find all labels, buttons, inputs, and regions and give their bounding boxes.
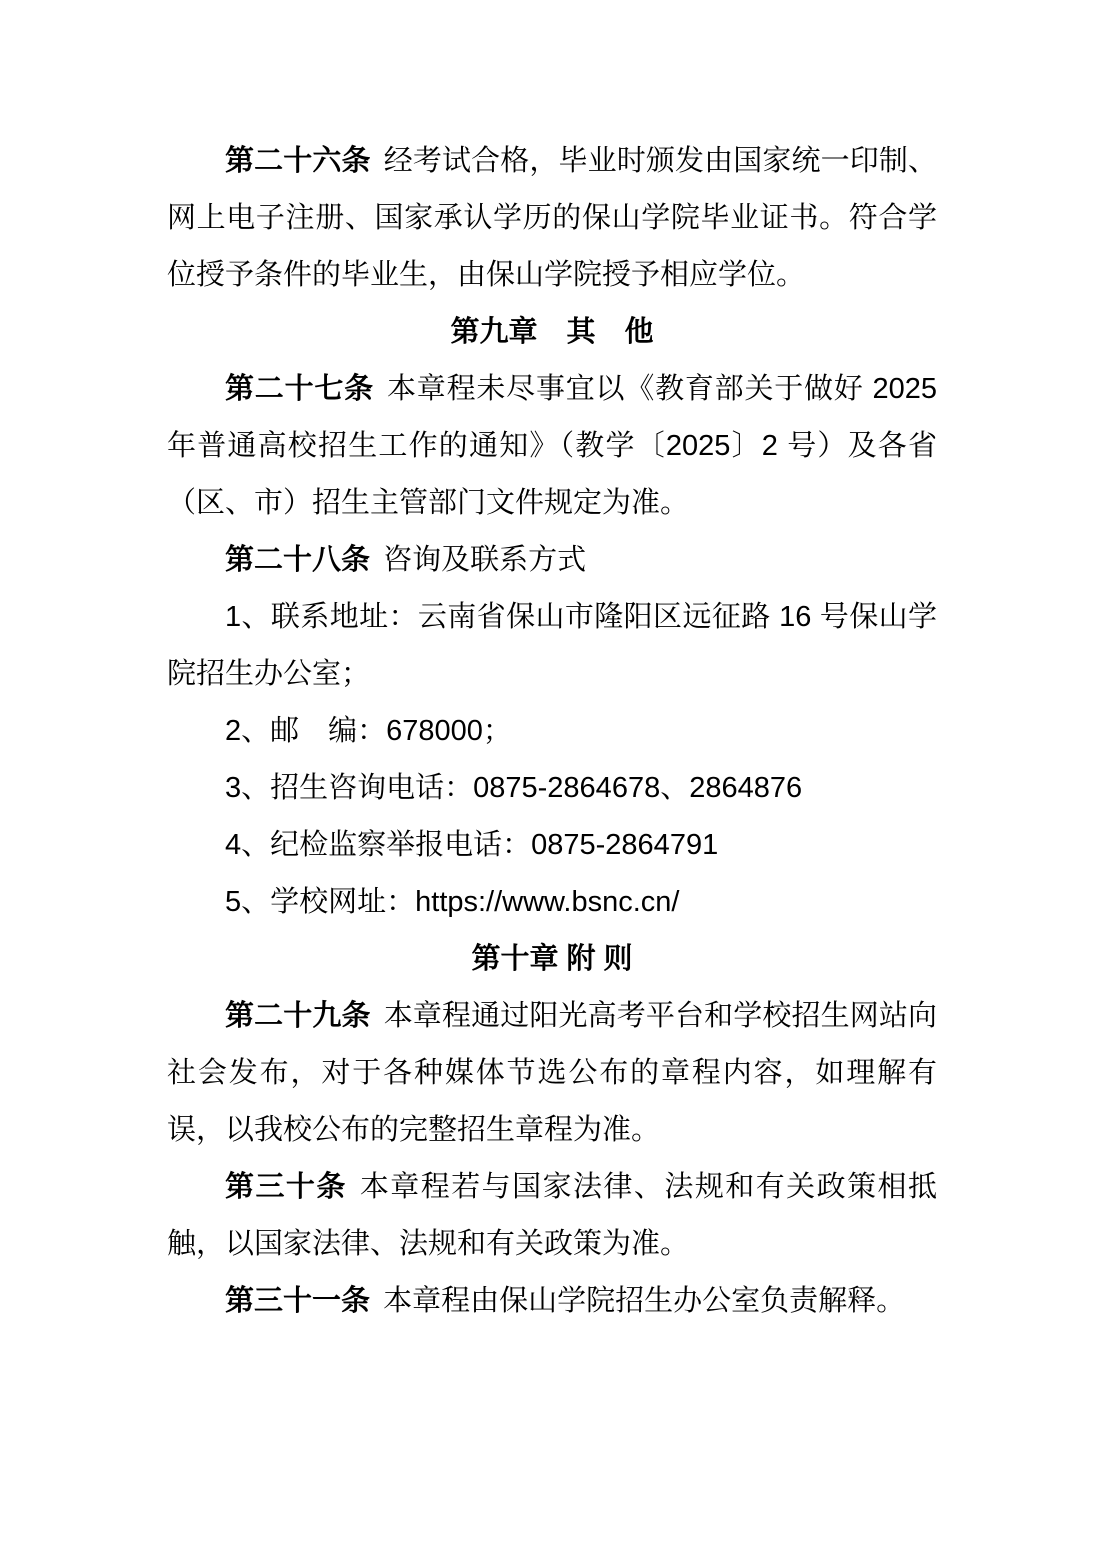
contact-admission-phone-text: 3、招生咨询电话：0875-2864678、2864876 xyxy=(225,772,802,804)
article-28-paragraph: 第二十八条咨询及联系方式 xyxy=(167,532,937,589)
article-27-paragraph: 第二十七条本章程未尽事宜以《教育部关于做好 2025 年普通高校招生工作的通知》… xyxy=(167,361,937,532)
document-page: 第二十六条经考试合格，毕业时颁发由国家统一印制、网上电子注册、国家承认学历的保山… xyxy=(0,0,1102,1559)
article-28-text: 咨询及联系方式 xyxy=(383,544,586,576)
article-27-number: 第二十七条 xyxy=(225,373,374,405)
chapter-9-heading: 第九章 其 他 xyxy=(167,304,937,361)
article-29-number: 第二十九条 xyxy=(225,1000,371,1032)
contact-admission-phone-item: 3、招生咨询电话：0875-2864678、2864876 xyxy=(167,760,937,817)
article-29-paragraph: 第二十九条本章程通过阳光高考平台和学校招生网站向社会发布，对于各种媒体节选公布的… xyxy=(167,988,937,1159)
contact-address-item: 1、联系地址：云南省保山市隆阳区远征路 16 号保山学院招生办公室； xyxy=(167,589,937,703)
contact-postcode-text: 2、邮 编：678000； xyxy=(225,715,512,747)
contact-website-text: 5、学校网址：https://www.bsnc.cn/ xyxy=(225,886,679,918)
article-30-paragraph: 第三十条本章程若与国家法律、法规和有关政策相抵触，以国家法律、法规和有关政策为准… xyxy=(167,1159,937,1273)
article-28-number: 第二十八条 xyxy=(225,544,370,576)
article-26-paragraph: 第二十六条经考试合格，毕业时颁发由国家统一印制、网上电子注册、国家承认学历的保山… xyxy=(167,133,937,304)
contact-website-item: 5、学校网址：https://www.bsnc.cn/ xyxy=(167,874,937,931)
article-26-number: 第二十六条 xyxy=(225,145,371,177)
article-31-paragraph: 第三十一条本章程由保山学院招生办公室负责解释。 xyxy=(167,1273,937,1330)
article-31-text: 本章程由保山学院招生办公室负责解释。 xyxy=(383,1285,905,1317)
contact-report-phone-text: 4、纪检监察举报电话：0875-2864791 xyxy=(225,829,718,861)
chapter-10-heading: 第十章 附 则 xyxy=(167,931,937,988)
contact-address-text: 1、联系地址：云南省保山市隆阳区远征路 16 号保山学院招生办公室； xyxy=(167,601,937,690)
article-30-number: 第三十条 xyxy=(225,1171,347,1203)
document-body: 第二十六条经考试合格，毕业时颁发由国家统一印制、网上电子注册、国家承认学历的保山… xyxy=(0,0,1102,1330)
contact-report-phone-item: 4、纪检监察举报电话：0875-2864791 xyxy=(167,817,937,874)
article-31-number: 第三十一条 xyxy=(225,1285,370,1317)
contact-postcode-item: 2、邮 编：678000； xyxy=(167,703,937,760)
